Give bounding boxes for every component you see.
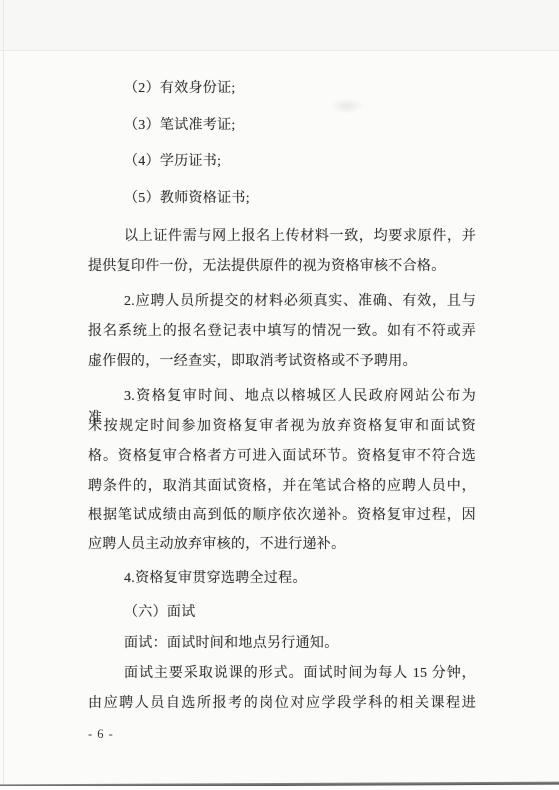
text-line: 提供复印件一份，无法提供原件的视为资格审核不合格。	[88, 256, 476, 278]
scan-top-band	[0, 0, 559, 51]
text-line: 聘条件的，取消其面试资格，并在笔试合格的应聘人员中，	[88, 476, 476, 498]
text-line: 根据笔试成绩由高到低的顺序依次递补。资格复审过程，因	[88, 505, 476, 527]
text-line: 2.应聘人员所提交的材料必须真实、准确、有效，且与	[88, 291, 476, 313]
text-line: 格。资格复审合格者方可进入面试环节。资格复审不符合选	[88, 446, 476, 468]
text-line: 3.资格复审时间、地点以榕城区人民政府网站公布为准。	[88, 386, 476, 408]
page-number: - 6 -	[88, 727, 114, 742]
section-heading: （六）面试	[88, 602, 476, 624]
list-item-5: （5）教师资格证书;	[88, 188, 476, 210]
list-item-4: （4）学历证书;	[88, 151, 476, 173]
list-item-3: （3）笔试准考证;	[88, 115, 476, 137]
scan-smudge	[330, 98, 364, 114]
text-line: 报名系统上的报名登记表中填写的情况一致。如有不符或弄	[88, 321, 476, 343]
scan-left-edge-line	[3, 0, 4, 790]
scan-bottom-paper	[0, 786, 559, 790]
text-line: 4.资格复审贯穿选聘全过程。	[88, 568, 476, 590]
document-page: （2）有效身份证; （3）笔试准考证; （4）学历证书; （5）教师资格证书; …	[0, 0, 559, 790]
text-line: 面试主要采取说课的形式。面试时间为每人 15 分钟，	[88, 663, 476, 685]
text-line: 应聘人员主动放弃审核的，不进行递补。	[88, 534, 476, 556]
text-line: 面试：面试时间和地点另行通知。	[88, 633, 476, 655]
text-line: 虚作假的，一经查实，即取消考试资格或不予聘用。	[88, 351, 476, 373]
text-line: 以上证件需与网上报名上传材料一致，均要求原件，并	[88, 226, 476, 248]
text-line: 未按规定时间参加资格复审者视为放弃资格复审和面试资	[88, 416, 476, 438]
list-item-2: （2）有效身份证;	[88, 78, 476, 100]
text-line: 由应聘人员自选所报考的岗位对应学段学科的相关课程进	[88, 693, 476, 715]
